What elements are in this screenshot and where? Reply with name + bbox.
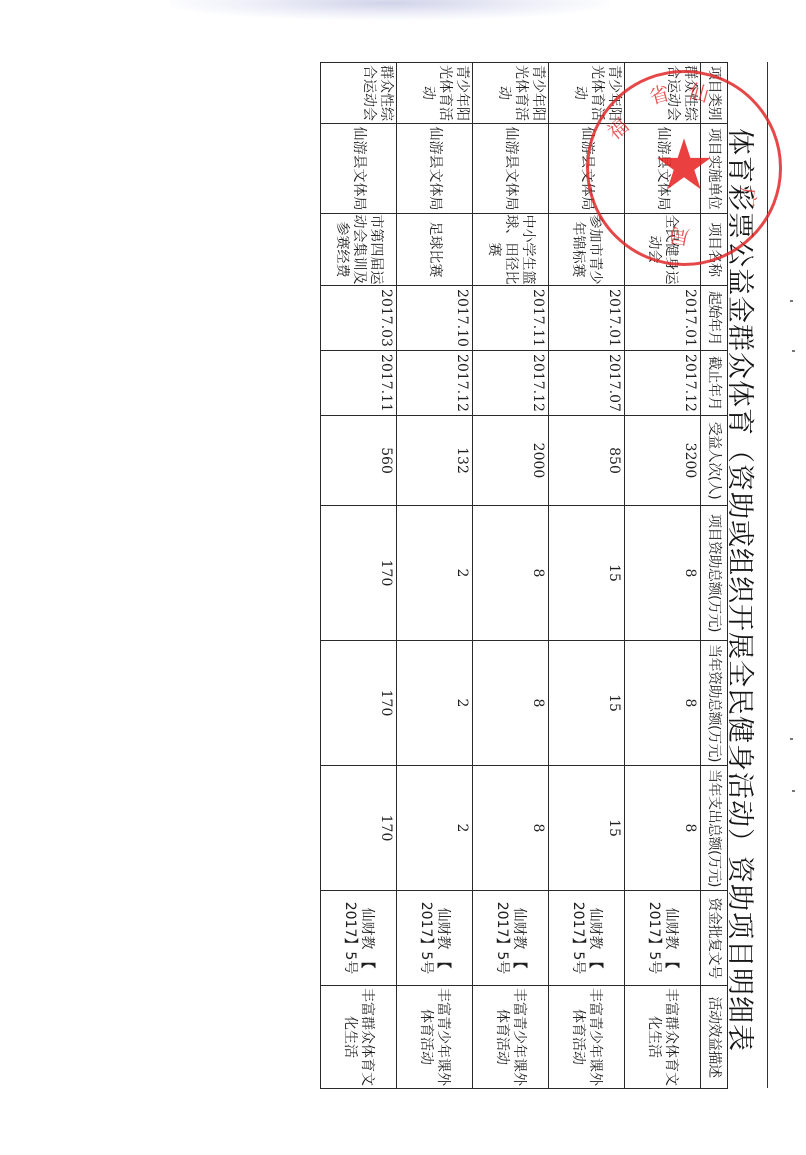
table-row: 群众性综合运动会 仙游县文体局 市第四届运动会集训及参赛经费 2017.03 2… [321,63,397,1089]
cell-benefit: 丰富青少年课外体育活动 [397,986,473,1089]
bracket-open: 【 [512,950,528,969]
approval-suffix: 2017】5号 [343,902,359,975]
cell-name: 参加市青少年锦标赛 [549,214,625,286]
cell-end: 2017.12 [397,351,473,416]
cell-end: 2017.12 [625,351,701,416]
cell-year-funding: 2 [397,641,473,766]
cell-end: 2017.11 [321,351,397,416]
approval-prefix: 仙财教 [588,908,604,950]
cell-year-expense: 8 [473,766,549,891]
header-year-expense: 当年支出总额(万元) [701,766,728,891]
cell-beneficiaries: 132 [397,416,473,506]
header-approval: 资金批复文号 [701,891,728,986]
header-unit: 项目实施单位 [701,124,728,214]
cell-start: 2017.03 [321,286,397,351]
cell-category: 群众性综合运动会 [625,63,701,124]
cell-year-funding: 8 [473,641,549,766]
cell-unit: 仙游县文体局 [397,124,473,214]
approval-suffix: 2017】5号 [419,902,435,975]
header-benefit: 活动效益描述 [701,986,728,1089]
scan-speck [792,790,795,792]
cell-approval: 仙财教 【2017】5号 [321,891,397,986]
cell-unit: 仙游县文体局 [321,124,397,214]
cell-year-expense: 15 [549,766,625,891]
header-year-funding: 当年资助总额(万元) [701,641,728,766]
cell-total-funding: 8 [625,506,701,641]
approval-prefix: 仙财教 [512,908,528,950]
title-band: 体育彩票公益金群众体育（资助或组织开展全民健身活动）资助项目明细表 [727,62,768,1088]
cell-unit: 仙游县文体局 [625,124,701,214]
header-category: 项目类别 [701,63,728,124]
cell-benefit: 丰富青少年课外体育活动 [473,986,549,1089]
table-row: 青少年阳光体育活动 仙游县文体局 参加市青少年锦标赛 2017.01 2017.… [549,63,625,1089]
cell-category: 青少年阳光体育活动 [397,63,473,124]
scan-speck [790,300,793,302]
approval-suffix: 2017】5号 [571,902,587,975]
cell-approval: 仙财教 【2017】5号 [549,891,625,986]
bracket-open: 【 [588,950,604,969]
cell-beneficiaries: 560 [321,416,397,506]
cell-beneficiaries: 2000 [473,416,549,506]
cell-year-expense: 8 [625,766,701,891]
cell-year-funding: 8 [625,641,701,766]
cell-end: 2017.12 [473,351,549,416]
scanner-shadow [170,0,610,20]
header-end: 截止年月 [701,351,728,416]
header-beneficiaries: 受益人次(人) [701,416,728,506]
table-row: 青少年阳光体育活动 仙游县文体局 中小学生篮球、田径比赛 2017.11 201… [473,63,549,1089]
cell-total-funding: 170 [321,506,397,641]
header-name: 项目名称 [701,214,728,286]
table-row: 群众性综合运动会 仙游县文体局 全民健身运动会 2017.01 2017.12 … [625,63,701,1089]
document-sheet: 体育彩票公益金群众体育（资助或组织开展全民健身活动）资助项目明细表 项目类别 项… [298,62,768,1088]
cell-benefit: 丰富青少年课外体育活动 [549,986,625,1089]
cell-approval: 仙财教 【2017】5号 [397,891,473,986]
funding-table: 项目类别 项目实施单位 项目名称 起始年月 截止年月 受益人次(人) 项目资助总… [320,62,728,1089]
scan-speck [792,350,795,352]
cell-total-funding: 8 [473,506,549,641]
approval-suffix: 2017】5号 [647,902,663,975]
cell-approval: 仙财教 【2017】5号 [625,891,701,986]
cell-year-funding: 15 [549,641,625,766]
cell-start: 2017.10 [397,286,473,351]
cell-year-expense: 170 [321,766,397,891]
cell-category: 青少年阳光体育活动 [473,63,549,124]
cell-beneficiaries: 3200 [625,416,701,506]
cell-benefit: 丰富群众体育文化生活 [625,986,701,1089]
bracket-open: 【 [664,950,680,969]
table-row: 青少年阳光体育活动 仙游县文体局 足球比赛 2017.10 2017.12 13… [397,63,473,1089]
bracket-open: 【 [360,950,376,969]
bracket-open: 【 [436,950,452,969]
cell-start: 2017.11 [473,286,549,351]
cell-name: 全民健身运动会 [625,214,701,286]
cell-end: 2017.07 [549,351,625,416]
cell-unit: 仙游县文体局 [473,124,549,214]
cell-total-funding: 2 [397,506,473,641]
approval-prefix: 仙财教 [436,908,452,950]
header-start: 起始年月 [701,286,728,351]
document-title: 体育彩票公益金群众体育（资助或组织开展全民健身活动）资助项目明细表 [723,128,762,1052]
cell-approval: 仙财教 【2017】5号 [473,891,549,986]
funding-table-wrap: 项目类别 项目实施单位 项目名称 起始年月 截止年月 受益人次(人) 项目资助总… [298,62,728,1088]
approval-prefix: 仙财教 [664,908,680,950]
cell-name: 足球比赛 [397,214,473,286]
scan-speck [790,738,793,740]
header-total-funding: 项目资助总额(万元) [701,506,728,641]
cell-unit: 仙游县文体局 [549,124,625,214]
approval-prefix: 仙财教 [360,908,376,950]
approval-suffix: 2017】5号 [495,902,511,975]
cell-total-funding: 15 [549,506,625,641]
cell-year-funding: 170 [321,641,397,766]
cell-name: 市第四届运动会集训及参赛经费 [321,214,397,286]
header-row: 项目类别 项目实施单位 项目名称 起始年月 截止年月 受益人次(人) 项目资助总… [701,63,728,1089]
cell-category: 青少年阳光体育活动 [549,63,625,124]
cell-benefit: 丰富群众体育文化生活 [321,986,397,1089]
cell-category: 群众性综合运动会 [321,63,397,124]
cell-name: 中小学生篮球、田径比赛 [473,214,549,286]
cell-start: 2017.01 [549,286,625,351]
cell-beneficiaries: 850 [549,416,625,506]
cell-start: 2017.01 [625,286,701,351]
cell-year-expense: 2 [397,766,473,891]
